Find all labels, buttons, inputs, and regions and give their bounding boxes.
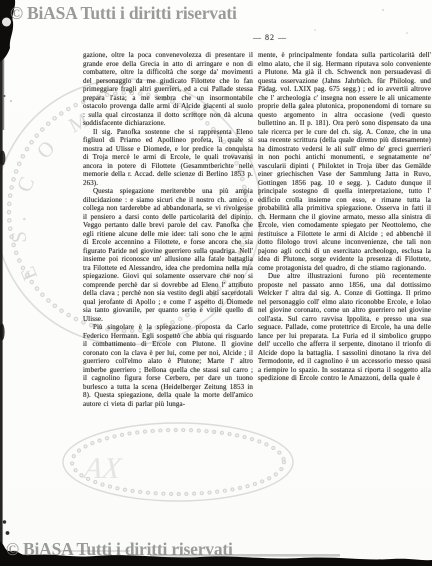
text-column-left: gazione, oltre la poca convenevolezza di… [83, 51, 253, 408]
watermark-bottom: © BiASA Tutti i diritti riservati [6, 539, 233, 560]
scanned-page: E S. C O M AX © BiASA Tutti i diritti ri… [0, 0, 432, 566]
stamp-letters: AX [80, 451, 125, 485]
paragraph: mente, è principalmente fondata sulla pa… [258, 51, 431, 272]
paragraph: Due altre illustrazioni furono più recen… [258, 272, 431, 383]
text-column-right: mente, è principalmente fondata sulla pa… [258, 51, 431, 383]
watermark-top: © BiASA Tutti i diritti riservati [10, 3, 237, 24]
page-number: — 82 — [100, 33, 432, 42]
paragraph: gazione, oltre la poca convenevolezza di… [83, 51, 253, 128]
paragraph: Più singolare è la spiegazione proposta … [83, 323, 253, 408]
oval-library-stamp: AX [63, 423, 293, 501]
paragraph: Il sig. Panofka sostenne che si rapprese… [83, 128, 253, 188]
paragraph: Questa spiegazione meriterebbe una più a… [83, 187, 253, 323]
